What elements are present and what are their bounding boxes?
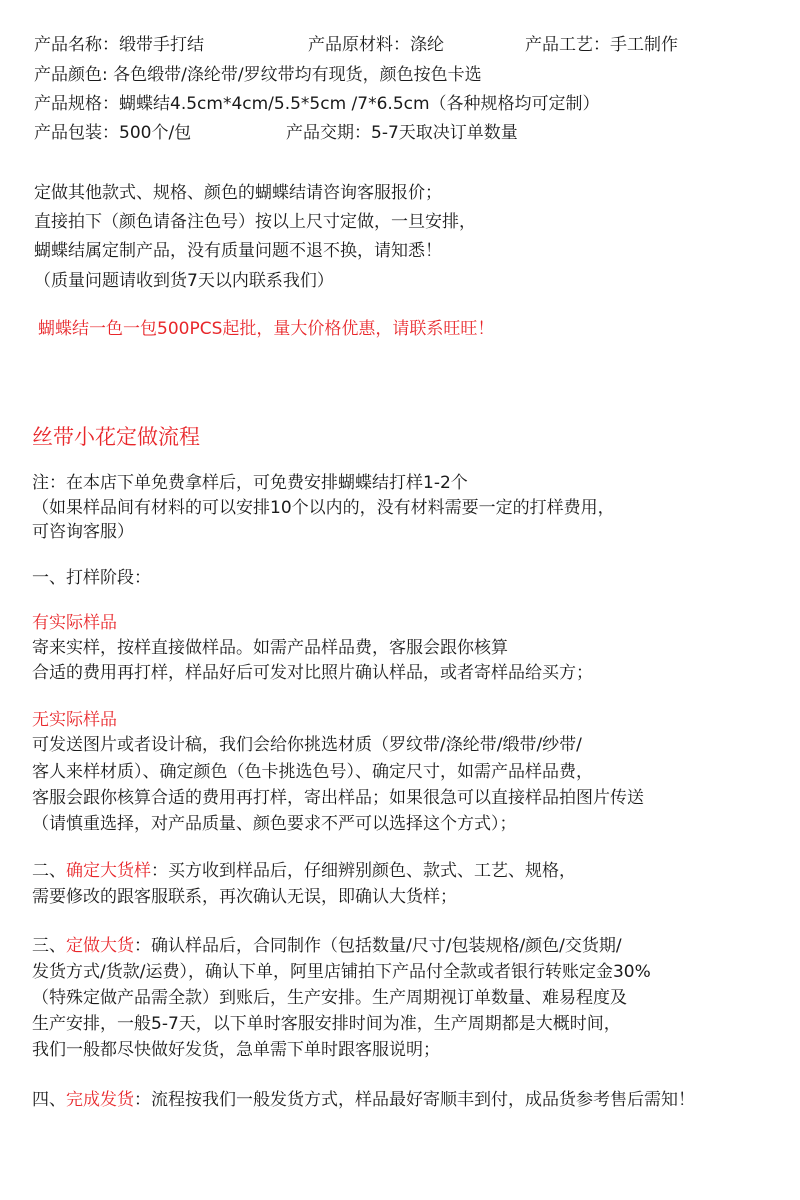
stage4-line: 四、完成发货：流程按我们一般发货方式，样品最好寄顺丰到付，成品货参考售后需知！	[32, 1087, 695, 1113]
stage4-prefix: 四、	[32, 1090, 66, 1110]
material-label: 产品原材料：	[308, 35, 410, 55]
craft-value: 手工制作	[610, 35, 678, 55]
package-label: 产品包装：	[34, 123, 119, 143]
color-label: 产品颜色:	[34, 65, 108, 85]
without-sample-line: （请慎重选择，对产品质量、颜色要求不严可以选择这个方式）；	[32, 811, 517, 837]
stage3-line: （特殊定做产品需全款）到账后，生产安排。生产周期视订单数量、难易程度及	[32, 985, 627, 1011]
package-value: 500个/包	[119, 123, 191, 143]
notice-line: 定做其他款式、规格、颜色的蝴蝶结请咨询客服报价；	[34, 180, 442, 206]
product-name-value: 缎带手打结	[119, 35, 204, 55]
with-sample-label: 有实际样品	[32, 610, 117, 636]
stage2-line: 二、确定大货样：买方收到样品后，仔细辨别颜色、款式、工艺、规格，	[32, 858, 576, 884]
stage3-line: 生产安排，一般5-7天，以下单时客服安排时间为准，生产周期都是大概时间，	[32, 1011, 621, 1037]
stage3-line: 三、定做大货：确认样品后，合同制作（包括数量/尺寸/包装规格/颜色/交货期/	[32, 933, 622, 959]
spec-material: 产品原材料：涤纶	[308, 32, 444, 58]
spec-package: 产品包装：500个/包	[34, 120, 191, 146]
notice-line: 直接拍下（颜色请备注色号）按以上尺寸定做，一旦安排，	[34, 209, 476, 235]
process-note-line: （如果样品间有材料的可以安排10个以内的，没有材料需要一定的打样费用，	[32, 495, 615, 521]
spec-craft: 产品工艺：手工制作	[525, 32, 678, 58]
stage4-label: 完成发货	[66, 1090, 134, 1110]
craft-label: 产品工艺：	[525, 35, 610, 55]
without-sample-line: 客服会跟你核算合适的费用再打样，寄出样品；如果很急可以直接样品拍图片传送	[32, 785, 644, 811]
stage3-line: 我们一般都尽快做好发货，急单需下单时跟客服说明；	[32, 1037, 440, 1063]
with-sample-line: 寄来实样，按样直接做样品。如需产品样品费，客服会跟你核算	[32, 635, 508, 661]
with-sample-line: 合适的费用再打样，样品好后可发对比照片确认样品，或者寄样品给买方；	[32, 660, 593, 686]
stage2-label: 确定大货样	[66, 861, 151, 881]
stage3-prefix: 三、	[32, 936, 66, 956]
stage2-line: 需要修改的跟客服联系，再次确认无误，即确认大货样；	[32, 884, 457, 910]
without-sample-line: 客人来样材质）、确定颜色（色卡挑选色号）、确定尺寸，如需产品样品费，	[32, 759, 593, 785]
notice-line: 蝴蝶结属定制产品，没有质量问题不退不换，请知悉！	[34, 238, 442, 264]
stage3-line: 发货方式/货款/运费），确认下单，阿里店铺拍下产品付全款或者银行转账定金30%	[32, 959, 651, 985]
stage1-heading: 一、打样阶段：	[32, 565, 151, 591]
delivery-label: 产品交期：	[286, 123, 371, 143]
delivery-value: 5-7天取决订单数量	[371, 123, 518, 143]
color-value: 各色缎带/涤纶带/罗纹带均有现货，颜色按色卡选	[108, 65, 482, 85]
stage3-text: ：确认样品后，合同制作（包括数量/尺寸/包装规格/颜色/交货期/	[134, 936, 622, 956]
spec-delivery: 产品交期：5-7天取决订单数量	[286, 120, 518, 146]
notice-line: （质量问题请收到货7天以内联系我们）	[34, 268, 334, 294]
process-title: 丝带小花定做流程	[32, 424, 200, 450]
spec-row-1: 产品名称：缎带手打结	[34, 32, 204, 58]
size-value: 蝴蝶结4.5cm*4cm/5.5*5cm /7*6.5cm（各种规格均可定制）	[119, 94, 600, 114]
material-value: 涤纶	[410, 35, 444, 55]
stage2-prefix: 二、	[32, 861, 66, 881]
notice-highlight: 蝴蝶结一色一包500PCS起批，量大价格优惠，请联系旺旺！	[38, 316, 494, 342]
product-name-label: 产品名称：	[34, 35, 119, 55]
size-label: 产品规格：	[34, 94, 119, 114]
stage4-text: ：流程按我们一般发货方式，样品最好寄顺丰到付，成品货参考售后需知！	[134, 1090, 695, 1110]
without-sample-line: 可发送图片或者设计稿，我们会给你挑选材质（罗纹带/涤纶带/缎带/纱带/	[32, 732, 582, 758]
spec-size: 产品规格：蝴蝶结4.5cm*4cm/5.5*5cm /7*6.5cm（各种规格均…	[34, 91, 600, 117]
stage3-label: 定做大货	[66, 936, 134, 956]
without-sample-label: 无实际样品	[32, 707, 117, 733]
stage2-text: ：买方收到样品后，仔细辨别颜色、款式、工艺、规格，	[151, 861, 576, 881]
process-note-line: 注：在本店下单免费拿样后，可免费安排蝴蝶结打样1-2个	[32, 470, 468, 496]
spec-color: 产品颜色: 各色缎带/涤纶带/罗纹带均有现货，颜色按色卡选	[34, 62, 482, 88]
process-note-line: 可咨询客服）	[32, 519, 134, 545]
